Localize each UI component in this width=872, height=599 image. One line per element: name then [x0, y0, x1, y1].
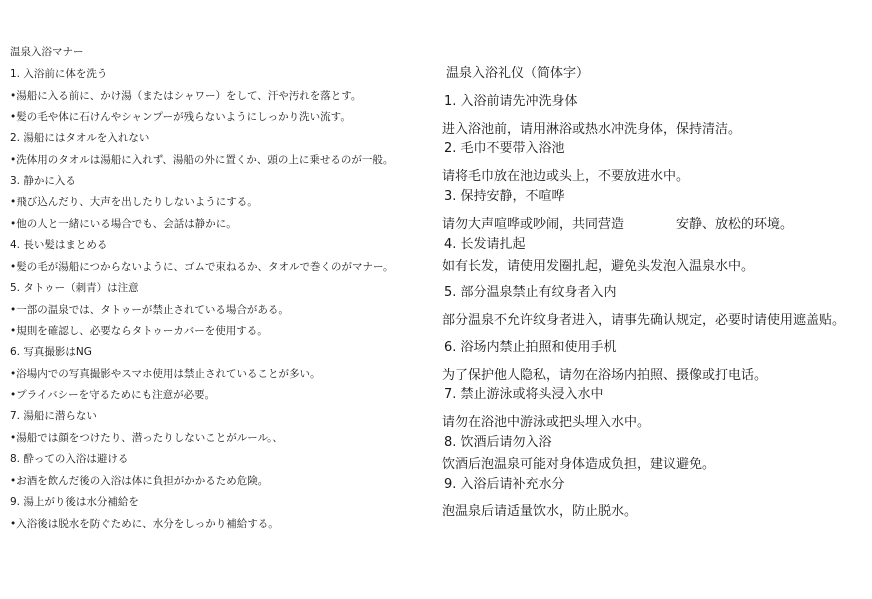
chinese-title: 温泉入浴礼仪（简体字） [446, 62, 589, 81]
chinese-rule-heading: 4. 长发请扎起 [444, 233, 526, 252]
japanese-rule-bullet: •規則を確認し、必要ならタトゥーカバーを使用する。 [10, 323, 268, 338]
chinese-rule-body: 请勿在浴池中游泳或把头埋入水中。 [442, 411, 650, 430]
chinese-rule-body: 如有长发，请使用发圈扎起，避免头发泡入温泉水中。 [442, 255, 754, 274]
chinese-rule-body: 部分温泉不允许纹身者进入，请事先确认规定，必要时请使用遮盖贴。 [442, 309, 845, 328]
japanese-rule-heading: 7. 湯船に潜らない [10, 408, 97, 423]
japanese-title: 温泉入浴マナー [10, 44, 84, 59]
chinese-rule-heading: 9. 入浴后请补充水分 [444, 473, 565, 492]
japanese-rule-heading: 5. タトゥー（刺青）は注意 [10, 280, 139, 295]
chinese-rule-body: 泡温泉后请适量饮水，防止脱水。 [442, 500, 637, 519]
japanese-rule-heading: 8. 酔っての入浴は避ける [10, 451, 128, 466]
chinese-rule-heading: 3. 保持安静，不喧哗 [444, 185, 565, 204]
chinese-rule-body: 请将毛巾放在池边或头上，不要放进水中。 [442, 165, 689, 184]
chinese-rule-body: 饮酒后泡温泉可能对身体造成负担，建议避免。 [442, 453, 715, 472]
japanese-rule-bullet: •一部の温泉では、タトゥーが禁止されている場合がある。 [10, 302, 289, 317]
chinese-rule-heading: 1. 入浴前请先冲洗身体 [444, 90, 578, 109]
chinese-rule-body: 为了保护他人隐私，请勿在浴场内拍照、摄像或打电话。 [442, 364, 767, 383]
japanese-rule-bullet: •浴場内での写真撮影やスマホ使用は禁止されていることが多い。 [10, 366, 320, 381]
japanese-rule-bullet: •湯船に入る前に、かけ湯（またはシャワー）をして、汗や汚れを落とす。 [10, 88, 361, 103]
japanese-rule-bullet: •湯船では顔をつけたり、潜ったりしないことがルール。、 [10, 430, 283, 445]
japanese-rule-bullet: •洗体用のタオルは湯船に入れず、湯船の外に置くか、頭の上に乗せるのが一般。 [10, 152, 393, 167]
chinese-rule-body: 请勿大声喧哗或吵闹，共同营造 安静、放松的环境。 [442, 213, 793, 232]
chinese-rule-body: 进入浴池前，请用淋浴或热水冲洗身体，保持清洁。 [442, 118, 741, 137]
chinese-rule-heading: 6. 浴场内禁止拍照和使用手机 [444, 336, 617, 355]
japanese-rule-heading: 6. 写真撮影はNG [10, 344, 92, 359]
japanese-rule-bullet: •お酒を飲んだ後の入浴は体に負担がかかるため危険。 [10, 473, 268, 488]
chinese-rule-heading: 5. 部分温泉禁止有纹身者入内 [444, 281, 617, 300]
japanese-rule-bullet: •飛び込んだり、大声を出したりしないようにする。 [10, 194, 258, 209]
chinese-rule-heading: 7. 禁止游泳或将头浸入水中 [444, 383, 604, 402]
japanese-rule-heading: 1. 入浴前に体を洗う [10, 66, 107, 81]
japanese-rule-heading: 3. 静かに入る [10, 173, 76, 188]
japanese-rule-heading: 4. 長い髪はまとめる [10, 237, 107, 252]
japanese-rule-bullet: •入浴後は脱水を防ぐために、水分をしっかり補給する。 [10, 516, 279, 531]
japanese-rule-heading: 9. 湯上がり後は水分補給を [10, 494, 139, 509]
chinese-rule-heading: 2. 毛巾不要带入浴池 [444, 137, 565, 156]
japanese-rule-heading: 2. 湯船にはタオルを入れない [10, 130, 149, 145]
japanese-rule-bullet: •他の人と一緒にいる場合でも、会話は静かに。 [10, 216, 237, 231]
chinese-rule-heading: 8. 饮酒后请勿入浴 [444, 431, 552, 450]
japanese-rule-bullet: •髪の毛や体に石けんやシャンプーが残らないようにしっかり洗い流す。 [10, 109, 351, 124]
japanese-rule-bullet: •髪の毛が湯船につからないように、ゴムで束ねるか、タオルで巻くのがマナー。 [10, 259, 394, 274]
japanese-rule-bullet: •プライバシーを守るためにも注意が必要。 [10, 387, 215, 402]
